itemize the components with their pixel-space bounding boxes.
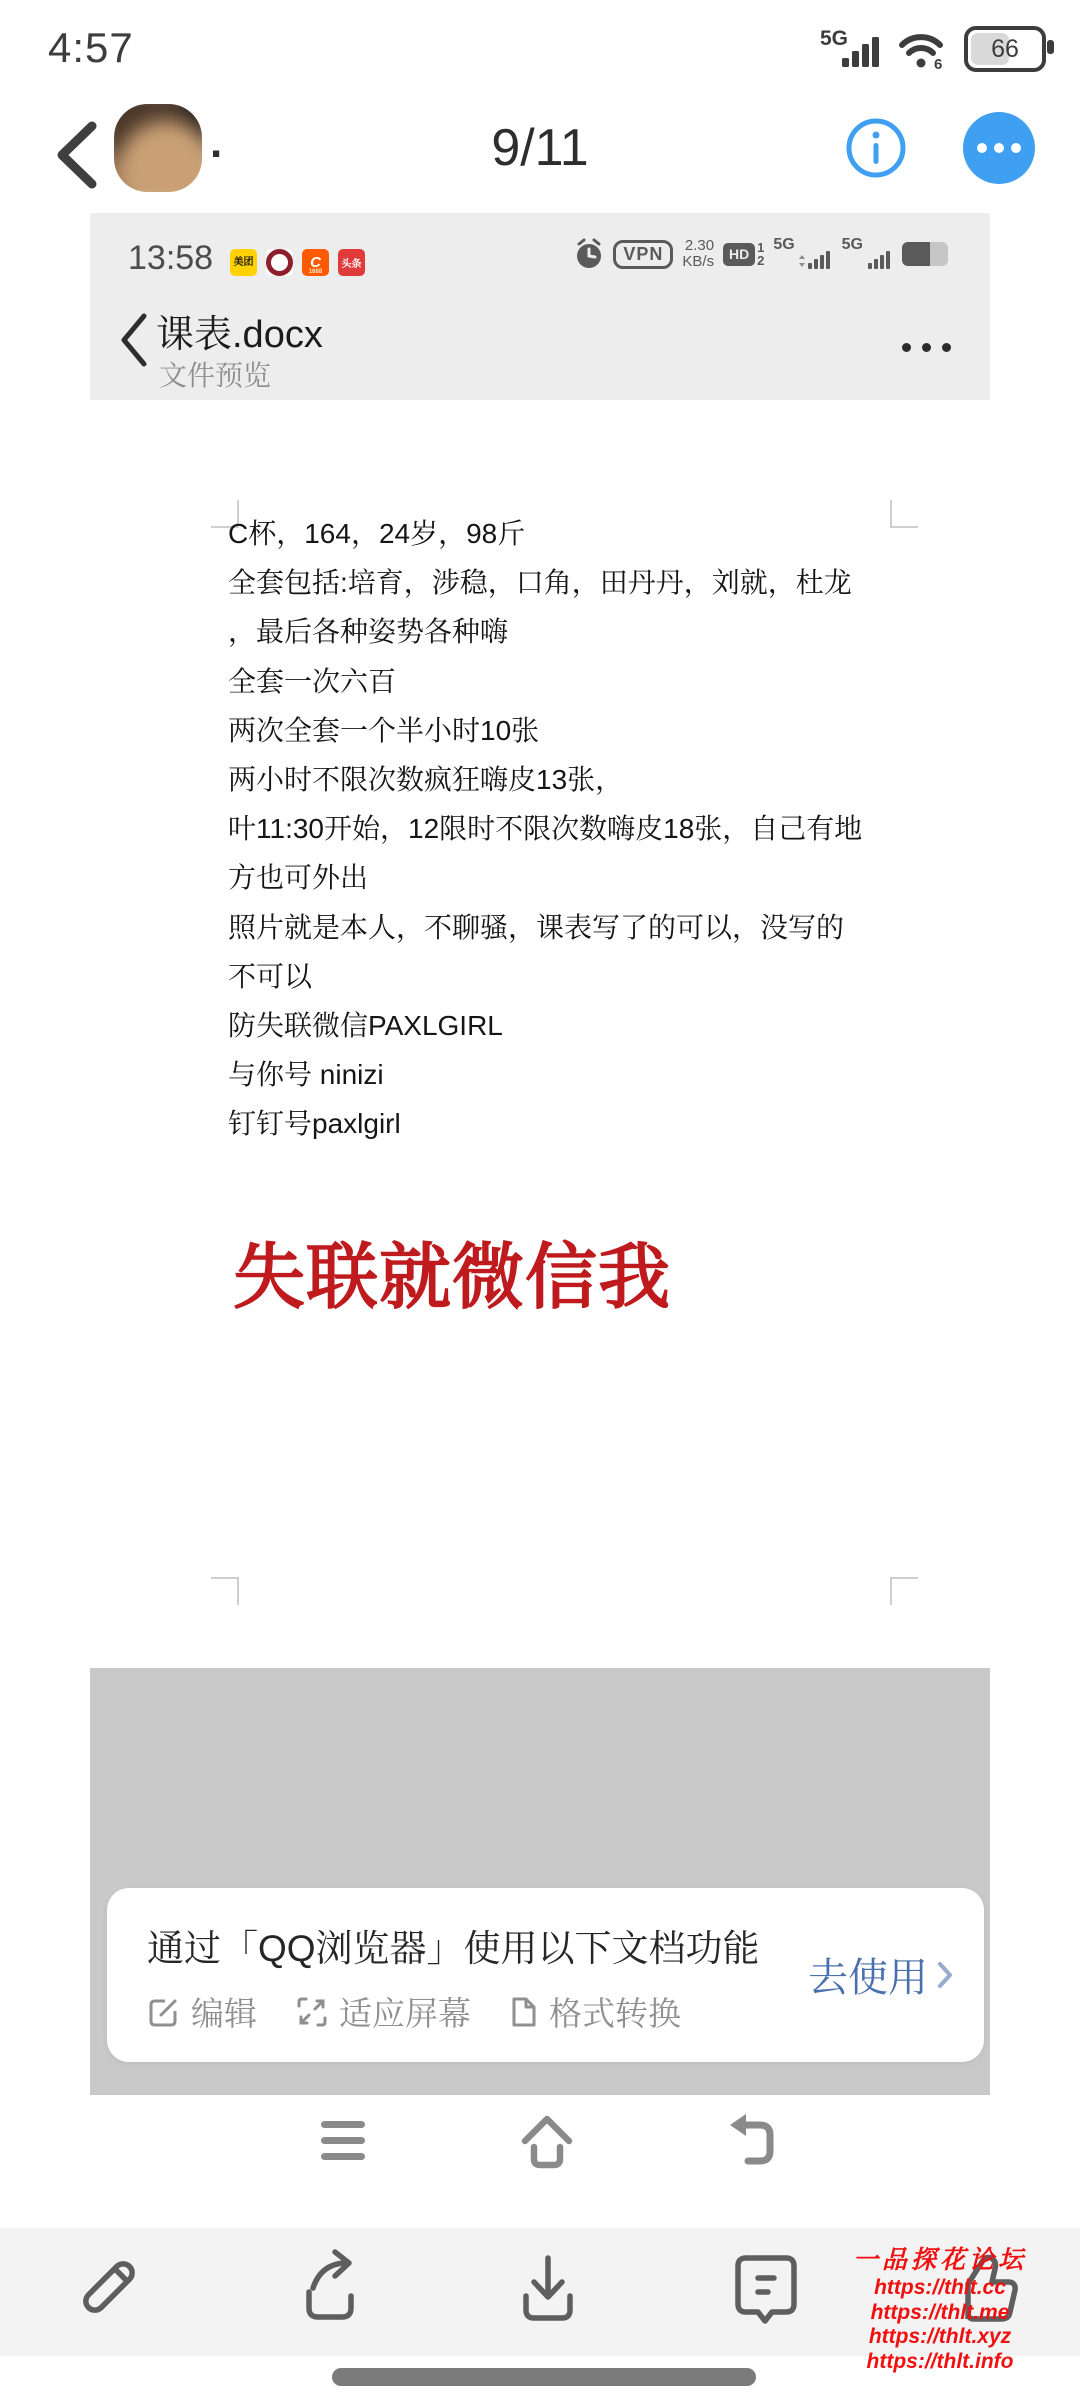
share-button[interactable]: [285, 2246, 373, 2334]
doc-red-highlight: 失联就微信我: [233, 1219, 671, 1323]
watermark-title: 一品探花论坛: [824, 2240, 1056, 2276]
forum-watermark: 一品探花论坛 https://thlt.cc https://thlt.me h…: [824, 2240, 1056, 2374]
vpn-badge: VPN: [613, 240, 673, 269]
network-type-label: 5G: [820, 28, 848, 50]
feature-edit[interactable]: 编辑: [147, 1988, 257, 2035]
doc-line: 方也可外出: [228, 853, 862, 902]
document-text: C杯，164，24岁，98斤 全套包括:培育，涉稳，口角，田丹丹，刘就，杜龙 ，…: [228, 509, 862, 1149]
download-button[interactable]: [504, 2246, 592, 2334]
go-use-button[interactable]: 去使用: [808, 1946, 954, 2003]
watermark-url: https://thlt.info: [824, 2350, 1056, 2375]
feature-format-convert[interactable]: 格式转换: [509, 1988, 681, 2035]
sim1-signal-icon: 5G: [773, 237, 832, 271]
qq-browser-promo-card: 通过「QQ浏览器」使用以下文档功能 编辑: [107, 1888, 984, 2062]
inner-nav-bar: [90, 2095, 990, 2200]
meituan-app-icon: 美团: [230, 249, 257, 276]
sim2-label: 2: [757, 254, 764, 267]
inner-status-icons: VPN 2.30 KB/s HD 1 2 5G: [574, 237, 948, 271]
doc-subtitle: 文件预览: [159, 354, 271, 394]
dot: [977, 143, 987, 153]
inner-battery-icon: [902, 242, 948, 266]
doc-line: 全套包括:培育，涉稳，口角，田丹丹，刘就，杜龙: [228, 558, 862, 607]
edit-icon: [147, 1995, 181, 2029]
battery-percent: 66: [968, 30, 1042, 68]
promo-title: 通过「QQ浏览器」使用以下文档功能: [147, 1918, 760, 1972]
doc-line: 两次全套一个半小时10张: [228, 706, 862, 755]
status-icons: 5G 6 66: [820, 26, 1046, 72]
doc-line: 照片就是本人，不聊骚，课表写了的可以，没写的: [228, 903, 862, 952]
home-button[interactable]: [519, 2111, 575, 2173]
inner-clock: 13:58: [128, 239, 213, 278]
cellular-signal-icon: 5G: [820, 28, 882, 70]
page-corner-mark: [211, 1577, 239, 1605]
doc-line: 防失联微信PAXLGIRL: [228, 1001, 862, 1050]
doc-line: 钉钉号paxlgirl: [228, 1099, 862, 1148]
alarm-icon: [574, 238, 604, 270]
chevron-right-icon: [936, 1959, 954, 1991]
doc-line: C杯，164，24岁，98斤: [228, 509, 862, 558]
watermark-url: https://thlt.xyz: [824, 2325, 1056, 2350]
doc-line: 两小时不限次数疯狂嗨皮13张，: [228, 755, 862, 804]
info-button[interactable]: [845, 117, 907, 179]
doc-line: 全套一次六百: [228, 657, 862, 706]
comment-button[interactable]: [722, 2246, 810, 2334]
network-speed: 2.30 KB/s: [682, 238, 714, 270]
doc-line: 叶11:30开始，12限时不限次数嗨皮18张，自己有地: [228, 804, 862, 853]
home-indicator[interactable]: [332, 2368, 756, 2386]
hd-voice-indicator: HD 1 2: [723, 241, 764, 267]
wifi-generation-label: 6: [934, 56, 942, 70]
toutiao-app-icon: 头条: [338, 249, 365, 276]
edit-pencil-button[interactable]: [64, 2246, 152, 2334]
watermark-url: https://thlt.cc: [824, 2276, 1056, 2301]
document-icon: [509, 1995, 539, 2029]
bank-app-icon: [266, 249, 293, 276]
battery-icon: 66: [964, 26, 1046, 72]
photo-counter: 9/11: [0, 118, 1080, 178]
1688-app-icon: C 1688: [302, 249, 329, 276]
doc-title: 课表.docx: [156, 303, 323, 358]
doc-more-button[interactable]: [902, 343, 951, 352]
doc-back-button[interactable]: [118, 311, 150, 369]
viewed-screenshot: 13:58 美团 C 1688 头条 VPN 2.30 KB/s: [90, 213, 990, 2200]
page-corner-mark: [890, 500, 918, 528]
clock: 4:57: [48, 24, 134, 72]
wifi-icon: 6: [898, 28, 948, 70]
menu-button[interactable]: [321, 2121, 365, 2169]
page-corner-mark: [890, 1577, 918, 1605]
more-options-button[interactable]: [963, 112, 1035, 184]
feature-fit-screen[interactable]: 适应屏幕: [295, 1988, 471, 2035]
sim2-signal-icon: 5G: [842, 237, 893, 271]
doc-line: 不可以: [228, 952, 862, 1001]
doc-line: ，最后各种姿势各种嗨: [228, 607, 862, 656]
watermark-url: https://thlt.me: [824, 2301, 1056, 2326]
nav-back-button[interactable]: [722, 2111, 778, 2173]
screen: 4:57 5G 6 66 . 9/11: [0, 0, 1080, 2400]
notification-app-icons: 美团 C 1688 头条: [230, 249, 365, 276]
doc-line: 与你号 ninizi: [228, 1050, 862, 1099]
fit-screen-icon: [295, 1995, 329, 2029]
